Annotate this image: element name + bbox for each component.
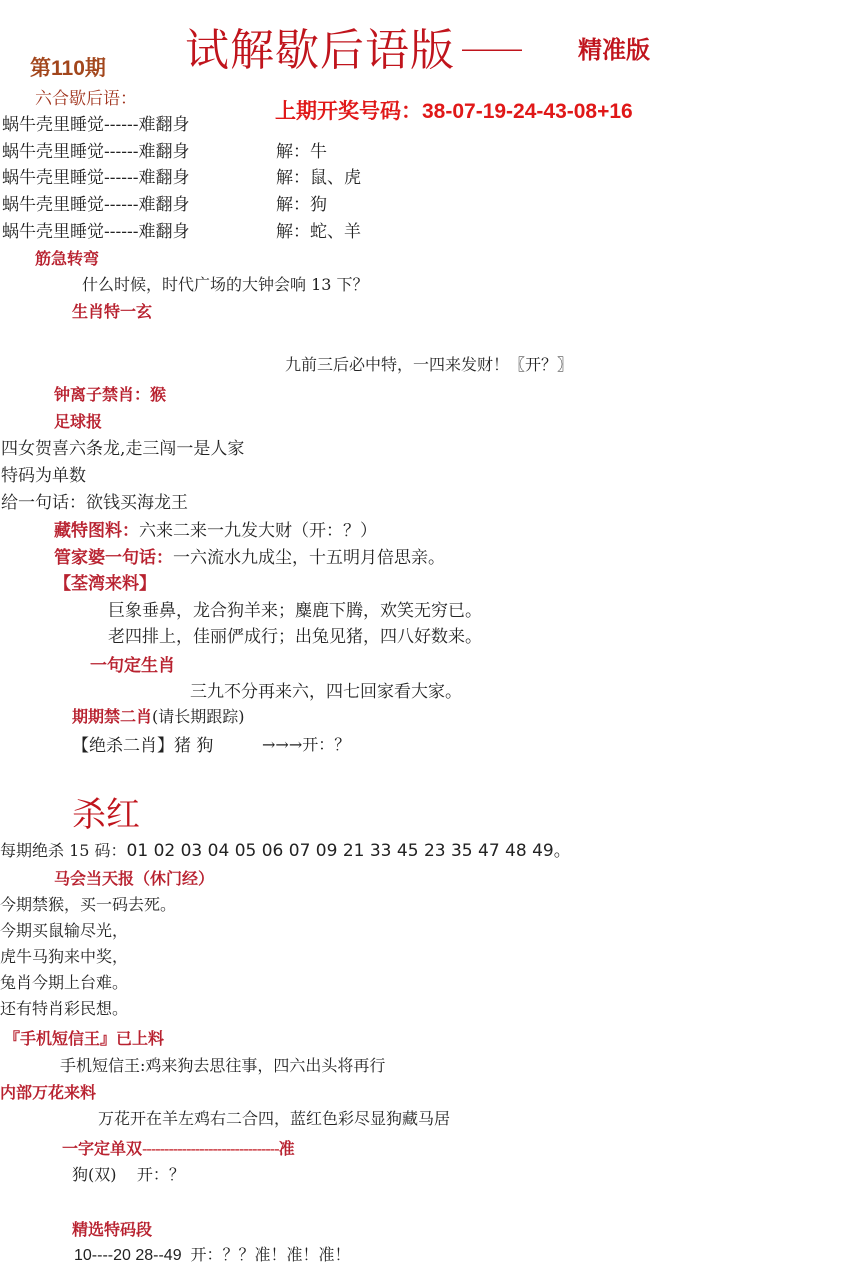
- odd-even-title: 一字定单双: [62, 1139, 142, 1158]
- kill-red-line: 每期绝杀 15 码：01 02 03 04 05 06 07 09 21 33 …: [0, 836, 571, 861]
- hidden-map-text: 六来二来一九发大财（开：？）: [139, 521, 377, 541]
- zhongli-label: 钟离子禁肖：: [54, 385, 150, 404]
- football-heading: 足球报: [54, 409, 102, 432]
- football-line: 给一句话：欲钱买海龙王: [1, 488, 188, 513]
- odd-even-heading: 一字定单双-------------------------------准: [62, 1136, 295, 1159]
- xiehouyu-answer: 解：鼠、虎: [276, 163, 361, 188]
- horse-club-line: 今期买鼠输尽光，: [0, 918, 128, 941]
- kill-red-label: 每期绝杀 15 码：: [0, 841, 127, 860]
- xiehouyu-answer: 解：狗: [276, 190, 327, 215]
- brain-teaser-question: 什么时候，时代广场的大钟会响 13 下？: [82, 272, 369, 295]
- brain-teaser-heading: 筋急转弯: [35, 246, 99, 269]
- sms-king-heading: 『手机短信王』已上料: [4, 1026, 164, 1049]
- tsuen-wan-line: 老四排上，佳丽俨成行；出兔见猪，四八好数来。: [108, 622, 482, 647]
- odd-even-suffix: 准: [279, 1139, 295, 1158]
- xiehouyu-line: 蜗牛壳里睡觉------难翻身: [2, 137, 189, 162]
- previous-draw-numbers: 38-07-19-24-43-08+16: [422, 100, 633, 123]
- ban-two-title: 期期禁二肖: [72, 707, 152, 726]
- title-suffix: 精准版: [578, 30, 650, 65]
- special-range-text: 10----20 28--49 开：？？准！准！准！: [74, 1242, 351, 1265]
- sms-king-text: 手机短信王:鸡来狗去思往事，四六出头将再行: [60, 1053, 385, 1076]
- horse-club-line: 虎牛马狗来中奖，: [0, 944, 128, 967]
- issue-number: 第110期: [30, 52, 106, 82]
- housekeeper: 管家婆一句话：一六流水九成尘，十五明月倍思亲。: [54, 543, 445, 568]
- xiehouyu-line: 蜗牛壳里睡觉------难翻身: [2, 217, 189, 242]
- xiehouyu-line: 蜗牛壳里睡觉------难翻身: [2, 110, 189, 135]
- previous-draw: 上期开奖号码：38-07-19-24-43-08+16: [275, 95, 633, 125]
- hidden-map-label: 藏特图料：: [54, 521, 139, 541]
- one-sentence-heading: 一句定生肖: [90, 651, 175, 676]
- housekeeper-text: 一六流水九成尘，十五明月倍思亲。: [173, 548, 445, 568]
- xiehouyu-answer: 解：蛇、羊: [276, 217, 361, 242]
- zodiac-riddle-text: 九前三后必中特，一四来发财！〖开？〗: [285, 352, 573, 375]
- wanhua-heading: 内部万花来料: [0, 1080, 96, 1103]
- ban-two-line: 【绝杀二肖】猪 狗: [72, 731, 213, 756]
- horse-club-line: 今期禁猴，买一码去死。: [0, 892, 176, 915]
- xiehouyu-line: 蜗牛壳里睡觉------难翻身: [2, 190, 189, 215]
- one-sentence-text: 三九不分再来六，四七回家看大家。: [190, 677, 462, 702]
- wanhua-text: 万花开在羊左鸡右二合四，蓝红色彩尽显狗藏马居: [98, 1106, 450, 1129]
- previous-draw-label: 上期开奖号码：: [275, 100, 422, 123]
- ban-two-heading: 期期禁二肖(请长期跟踪): [72, 704, 245, 727]
- kill-red-heading: 杀红: [72, 787, 140, 836]
- xiehouyu-answer: 解：牛: [276, 137, 327, 162]
- horse-club-line: 还有特肖彩民想。: [0, 996, 128, 1019]
- hidden-map: 藏特图料：六来二来一九发大财（开：？）: [54, 516, 377, 541]
- football-line: 特码为单数: [1, 461, 86, 486]
- tsuen-wan-heading: 【荃湾来料】: [54, 569, 156, 594]
- page-title: 试解歇后语版: [185, 14, 455, 78]
- title-text: 试解歇后语版: [185, 26, 455, 75]
- zodiac-riddle-heading: 生肖特一玄: [72, 299, 152, 322]
- special-range-heading: 精选特码段: [72, 1217, 152, 1240]
- housekeeper-label: 管家婆一句话：: [54, 548, 173, 568]
- ban-two-note: (请长期跟踪): [152, 707, 245, 726]
- tsuen-wan-line: 巨象垂鼻，龙合狗羊来；麋鹿下腾，欢笑无穷已。: [108, 596, 482, 621]
- horse-club-heading: 马会当天报（休门经）: [54, 866, 214, 889]
- xiehouyu-line: 蜗牛壳里睡觉------难翻身: [2, 163, 189, 188]
- odd-even-dashes: -------------------------------: [142, 1139, 279, 1158]
- zhongli-value: 猴: [150, 385, 166, 404]
- horse-club-line: 兔肖今期上台难。: [0, 970, 128, 993]
- kill-red-numbers: 01 02 03 04 05 06 07 09 21 33 45 23 35 4…: [127, 841, 571, 861]
- xiehouyu-heading: 六合歇后语：: [35, 84, 137, 109]
- odd-even-text: 狗(双) 开：？: [72, 1162, 185, 1185]
- football-line: 四女贺喜六条龙,走三闯一是人家: [1, 434, 244, 459]
- ban-two-arrows: →→→开：？: [262, 732, 350, 755]
- zhongli-ban: 钟离子禁肖：猴: [54, 382, 166, 405]
- title-dashes: ———: [462, 36, 519, 62]
